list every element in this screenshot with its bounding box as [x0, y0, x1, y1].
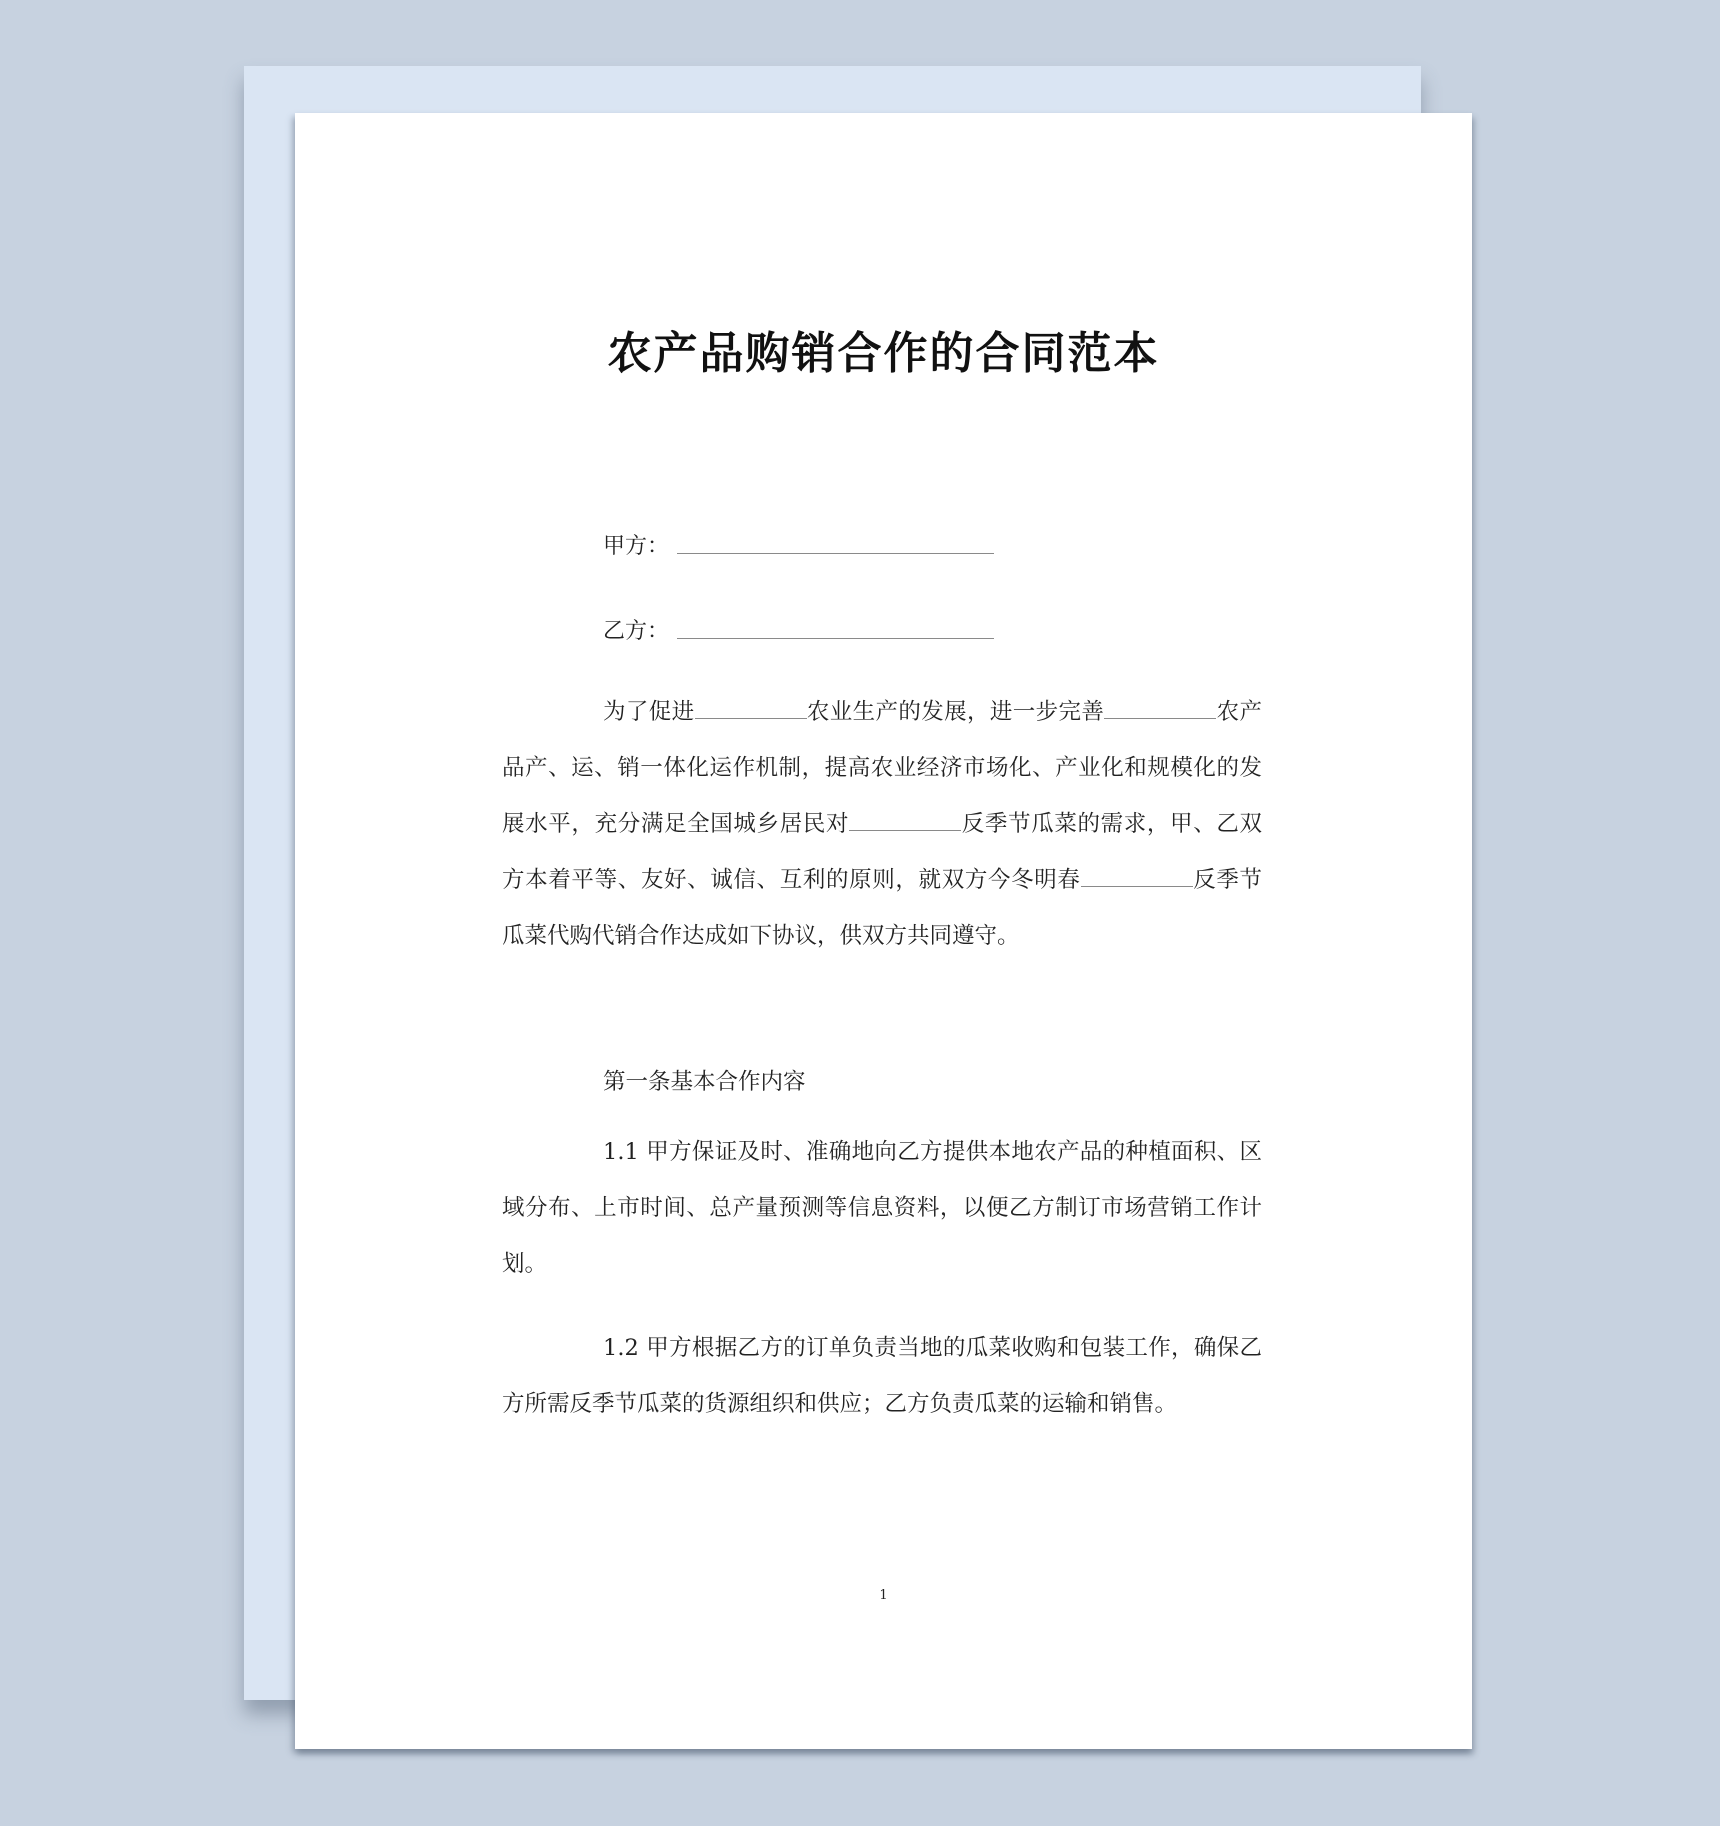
- party-a-line: 甲方：: [603, 526, 994, 560]
- party-b-line: 乙方：: [603, 611, 994, 645]
- clause-1-1: 1.1 甲方保证及时、准确地向乙方提供本地农产品的种植面积、区域分布、上市时间、…: [502, 1124, 1262, 1292]
- party-b-field[interactable]: [677, 616, 994, 639]
- preamble-seg2: 农业生产的发展，进一步完善: [807, 699, 1105, 725]
- party-a-label: 甲方：: [603, 529, 669, 560]
- section-heading-1: 第一条基本合作内容: [603, 1064, 806, 1096]
- page-number: 1: [295, 1588, 1472, 1603]
- party-b-label: 乙方：: [603, 614, 669, 645]
- document-page: 农产品购销合作的合同范本 甲方： 乙方： 为了促进农业生产的发展，进一步完善农产…: [295, 113, 1472, 1749]
- preamble-blank-region[interactable]: [695, 698, 807, 719]
- preamble-blank-place[interactable]: [1081, 866, 1193, 887]
- party-a-field[interactable]: [677, 531, 994, 554]
- document-title: 农产品购销合作的合同范本: [295, 317, 1472, 381]
- preamble-paragraph: 为了促进农业生产的发展，进一步完善农产品产、运、销一体化运作机制，提高农业经济市…: [502, 684, 1262, 964]
- clause-1-2: 1.2 甲方根据乙方的订单负责当地的瓜菜收购和包装工作，确保乙方所需反季节瓜菜的…: [502, 1320, 1262, 1432]
- preamble-blank-product[interactable]: [1104, 698, 1216, 719]
- preamble-blank-origin[interactable]: [849, 810, 961, 831]
- preamble-seg1: 为了促进: [603, 699, 695, 725]
